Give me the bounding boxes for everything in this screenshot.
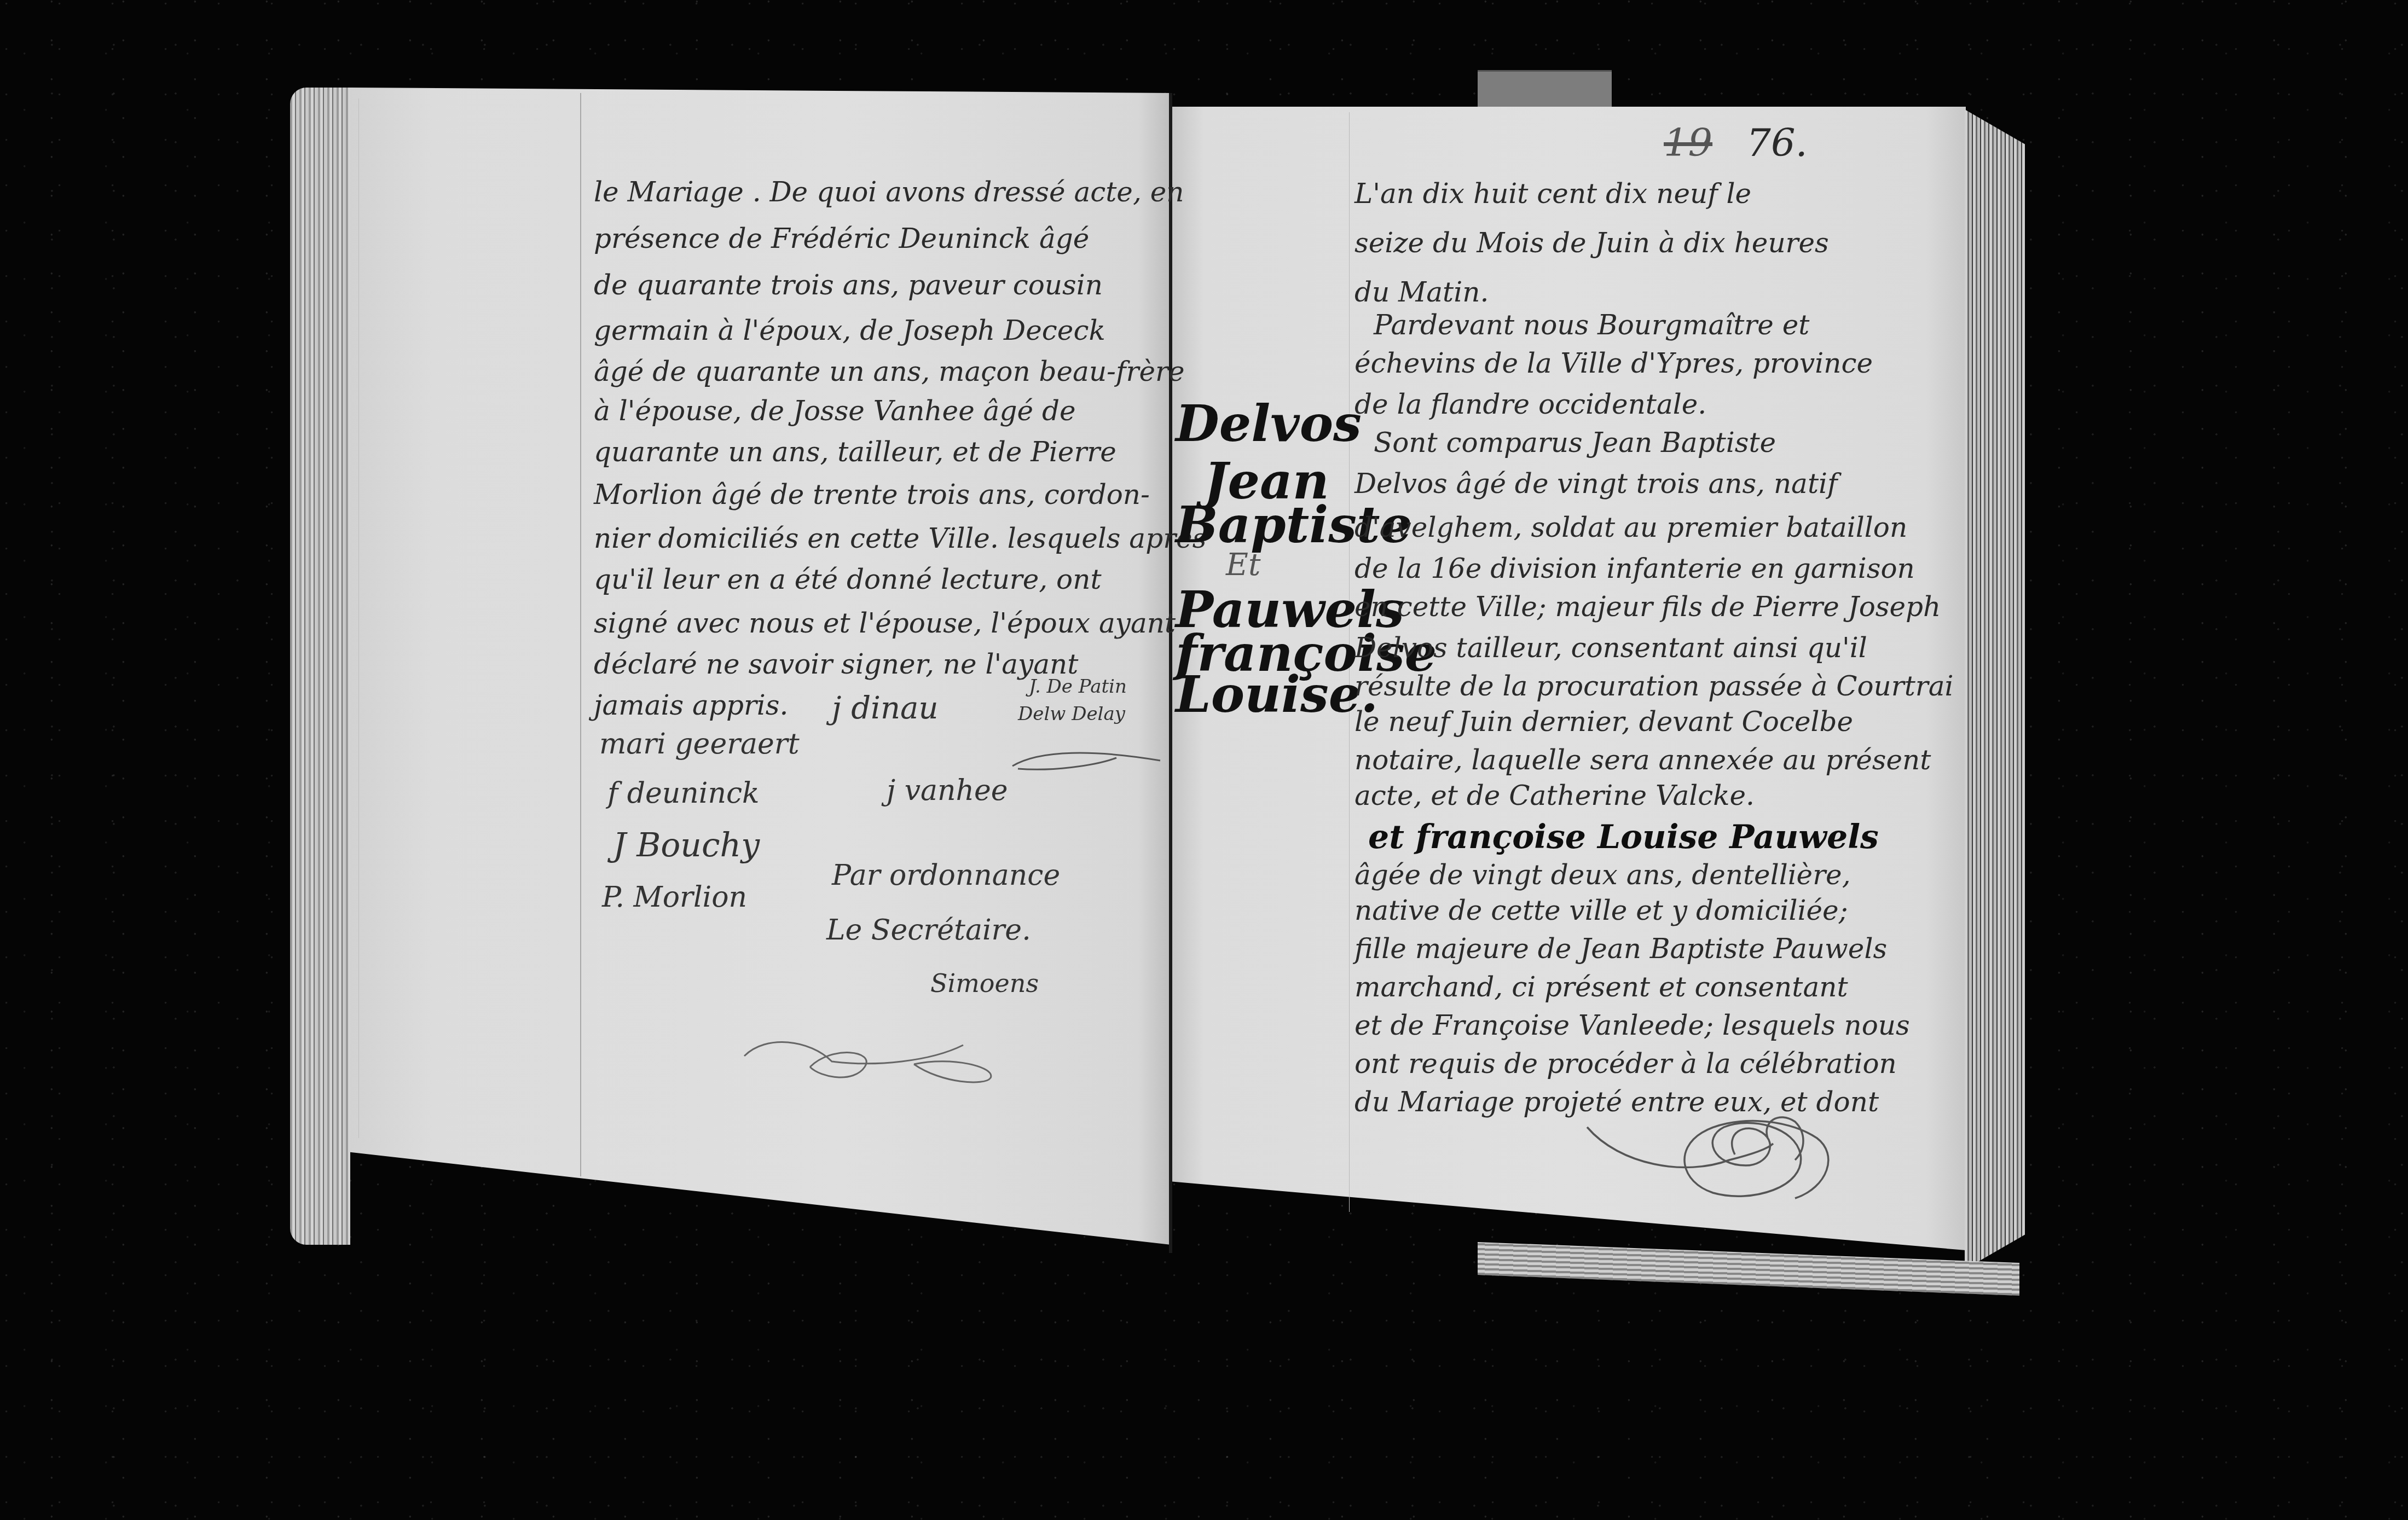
signature-witness-morlion: P. Morlion (602, 881, 747, 914)
signature-witness-deuninck: f deuninck (607, 777, 760, 810)
page-tab-behind (1478, 70, 1612, 111)
text-line: ont requis de procéder à la célébration (1354, 1048, 1897, 1080)
bottom-page-stack-edge (1478, 1242, 2019, 1296)
text-line: Delvos âgé de vingt trois ans, natif (1354, 468, 1838, 500)
margin-bride-given-2: Louise. (1176, 665, 1378, 724)
spiral-paraph-icon (1587, 1116, 1850, 1215)
text-line: et de Françoise Vanleede; lesquels nous (1354, 1010, 1910, 1041)
text-line-bride-name: et françoise Louise Pauwels (1368, 818, 1879, 856)
text-line: quarante un ans, tailleur, et de Pierre (594, 436, 1116, 468)
margin-conjunction: Et (1226, 547, 1260, 583)
left-page-outer-rule (358, 98, 359, 1138)
text-line: signé avec nous et l'épouse, l'époux aya… (594, 607, 1176, 639)
par-ordonnance-label: Par ordonnance (832, 859, 1060, 892)
text-line: germain à l'époux, de Joseph Dececk (594, 315, 1105, 346)
text-line: qu'il leur en a été donné lecture, ont (594, 564, 1102, 595)
left-page-margin-rule (580, 93, 581, 1176)
text-line: Delvos tailleur, consentant ainsi qu'il (1354, 632, 1867, 664)
text-line: échevins de la Ville d'Ypres, province (1354, 347, 1873, 379)
text-line: déclaré ne savoir signer, ne l'ayant (594, 648, 1078, 680)
text-line: nier domiciliés en cette Ville. lesquels… (594, 523, 1206, 554)
margin-groom-surname: Delvos (1176, 394, 1362, 453)
text-line: de la 16e division infanterie en garniso… (1354, 553, 1915, 584)
right-page-stack-edge (1965, 109, 2025, 1269)
secretary-flourish-icon (733, 1023, 1018, 1089)
text-line: notaire, laquelle sera annexée au présen… (1354, 744, 1931, 776)
page-number: 19 76. (1664, 120, 1808, 165)
text-line: de la flandre occidentale. (1354, 388, 1706, 420)
text-line: seize du Mois de Juin à dix heures (1354, 227, 1829, 259)
signature-secretary: Simoens (930, 968, 1039, 998)
text-line: Pardevant nous Bourgmaître et (1374, 309, 1809, 341)
text-line: âgé de quarante un ans, maçon beau-frère (594, 356, 1184, 387)
signature-dinau: j dinau (832, 691, 938, 726)
text-line: jamais appris. (594, 689, 788, 721)
signature-witness-bouchy: J Bouchy (613, 826, 760, 865)
book-gutter (1169, 93, 1172, 1253)
text-line: en cette Ville; majeur fils de Pierre Jo… (1354, 591, 1941, 623)
text-line: native de cette ville et y domiciliée; (1354, 895, 1848, 926)
text-line: marchand, ci présent et consentant (1354, 971, 1848, 1003)
official-flourish-icon (1007, 744, 1171, 777)
text-line: Morlion âgé de trente trois ans, cordon- (594, 479, 1150, 510)
text-line: du Mariage projeté entre eux, et dont (1354, 1086, 1879, 1118)
text-line: résulte de la procuration passée à Court… (1354, 670, 1953, 702)
text-line: le Mariage . De quoi avons dressé acte, … (594, 176, 1184, 208)
text-line: le neuf Juin dernier, devant Cocelbe (1354, 706, 1853, 738)
signature-vanhee: j vanhee (887, 774, 1008, 807)
text-line: de quarante trois ans, paveur cousin (594, 269, 1103, 301)
text-line: fille majeure de Jean Baptiste Pauwels (1354, 933, 1887, 965)
signature-witness-geeraert: mari geeraert (599, 728, 800, 761)
left-page-stack-edge (290, 88, 350, 1245)
open-register-book: le Mariage . De quoi avons dressé acte, … (0, 0, 2408, 1520)
signature-official-2: Delw Delay (1018, 703, 1125, 725)
text-line: présence de Frédéric Deuninck âgé (594, 223, 1089, 254)
text-line: Sont comparus Jean Baptiste (1374, 427, 1776, 459)
text-line: L'an dix huit cent dix neuf le (1354, 178, 1751, 210)
text-line: âgée de vingt deux ans, dentellière, (1354, 859, 1851, 891)
text-line: d'avelghem, soldat au premier bataillon (1354, 512, 1907, 543)
struck-page-number: 19 (1664, 120, 1712, 165)
current-page-number: 76. (1746, 120, 1807, 165)
text-line: acte, et de Catherine Valcke. (1354, 780, 1755, 811)
text-line: à l'épouse, de Josse Vanhee âgé de (594, 395, 1076, 427)
le-secretaire-label: Le Secrétaire. (826, 914, 1031, 947)
text-line: du Matin. (1354, 276, 1489, 308)
signature-official-1: J. De Patin (1029, 676, 1127, 698)
